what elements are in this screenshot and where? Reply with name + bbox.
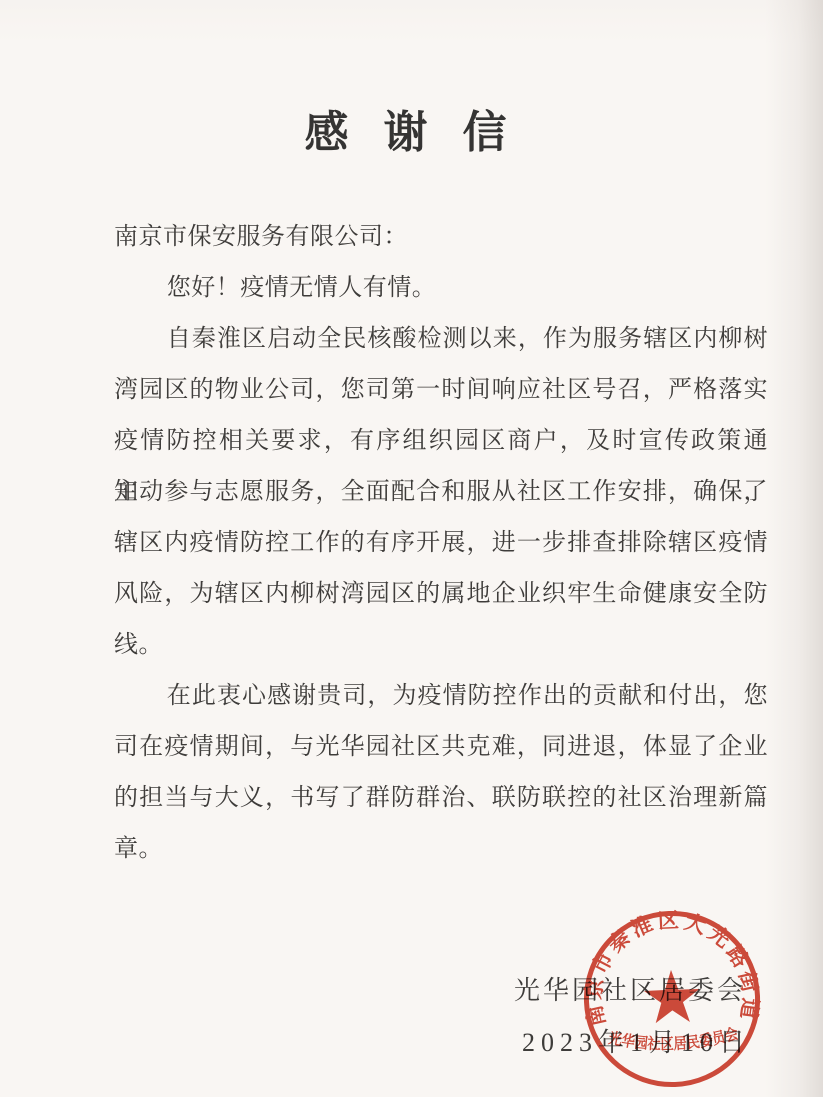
- signature-committee: 光华园社区居委会: [514, 970, 746, 1007]
- paragraph2-line: 在此衷心感谢贵司，为疫情防控作出的贡献和付出，您: [114, 671, 768, 722]
- letter-date: 2023年1月10日: [522, 1022, 751, 1059]
- paragraph2-line: 章。: [114, 824, 768, 875]
- greeting-line: 您好！疫情无情人有情。: [114, 263, 768, 314]
- paragraph1-line: 主动参与志愿服务，全面配合和服从社区工作安排，确保了: [114, 467, 768, 518]
- paragraph1-line: 线。: [114, 620, 768, 671]
- letter-title: 感 谢 信: [0, 96, 823, 160]
- paragraph2-line: 司在疫情期间，与光华园社区共克难，同进退，体显了企业: [114, 722, 768, 773]
- paragraph1-line: 疫情防控相关要求，有序组织园区商户，及时宣传政策通知，: [114, 416, 768, 467]
- paragraph1-line: 自秦淮区启动全民核酸检测以来，作为服务辖区内柳树: [114, 314, 768, 365]
- paragraph2-line: 的担当与大义，书写了群防群治、联防联控的社区治理新篇: [114, 773, 768, 824]
- scanned-letter-page: 感 谢 信 南京市保安服务有限公司： 您好！疫情无情人有情。 自秦淮区启动全民核…: [0, 0, 823, 1097]
- seal-arc-text: 南京市秦淮区大光路街道: [578, 905, 763, 1028]
- paragraph1-line: 湾园区的物业公司，您司第一时间响应社区号召，严格落实: [114, 365, 768, 416]
- paragraph1-line: 辖区内疫情防控工作的有序开展，进一步排查排除辖区疫情: [114, 518, 768, 569]
- letter-body: 南京市保安服务有限公司： 您好！疫情无情人有情。 自秦淮区启动全民核酸检测以来，…: [114, 212, 768, 875]
- paragraph1-line: 风险，为辖区内柳树湾园区的属地企业织牢生命健康安全防: [114, 569, 768, 620]
- recipient-line: 南京市保安服务有限公司：: [114, 212, 768, 263]
